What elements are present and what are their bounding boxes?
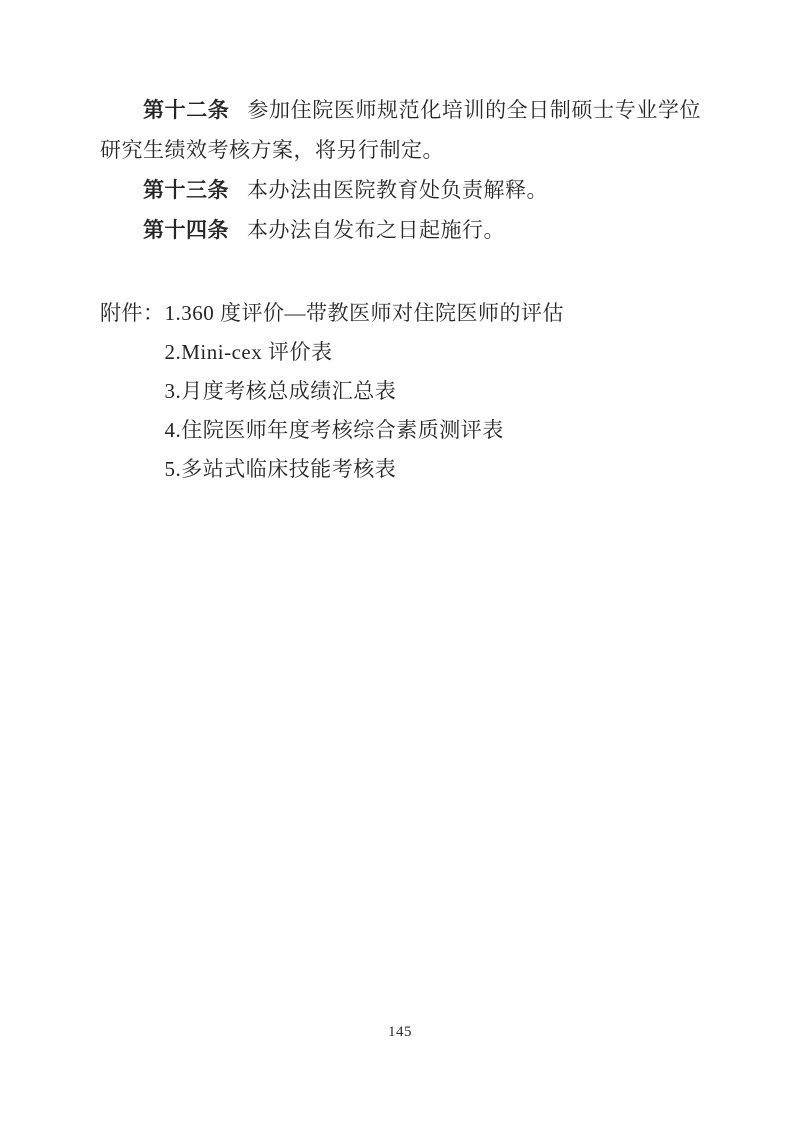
article-paragraph-12: 第十二条参加住院医师规范化培训的全日制硕士专业学位研究生绩效考核方案，将另行制定… [100, 90, 701, 170]
attachment-item: 1.360 度评价—带教医师对住院医师的评估 [165, 294, 702, 333]
attachment-item: 2.Mini-cex 评价表 [165, 333, 702, 372]
article-text: 本办法自发布之日起施行。 [247, 218, 505, 242]
article-text: 本办法由医院教育处负责解释。 [247, 178, 548, 202]
attachments-label: 附件： [100, 294, 165, 333]
article-paragraph-14: 第十四条本办法自发布之日起施行。 [100, 210, 701, 250]
attachments-list: 1.360 度评价—带教医师对住院医师的评估 2.Mini-cex 评价表 3.… [165, 294, 702, 489]
article-paragraph-13: 第十三条本办法由医院教育处负责解释。 [100, 170, 701, 210]
article-number: 第十四条 [143, 218, 229, 242]
page-background: 第十二条参加住院医师规范化培训的全日制硕士专业学位研究生绩效考核方案，将另行制定… [0, 0, 800, 1129]
attachment-item: 4.住院医师年度考核综合素质测评表 [165, 411, 702, 450]
attachments-section: 附件： 1.360 度评价—带教医师对住院医师的评估 2.Mini-cex 评价… [100, 294, 701, 489]
attachment-item: 3.月度考核总成绩汇总表 [165, 372, 702, 411]
document-body: 第十二条参加住院医师规范化培训的全日制硕士专业学位研究生绩效考核方案，将另行制定… [100, 90, 701, 489]
document-page: { "page": { "background": "#ffffff", "te… [0, 0, 800, 1129]
page-number: 145 [0, 1022, 800, 1042]
attachment-item: 5.多站式临床技能考核表 [165, 450, 702, 489]
article-number: 第十三条 [143, 178, 229, 202]
article-number: 第十二条 [143, 98, 229, 122]
